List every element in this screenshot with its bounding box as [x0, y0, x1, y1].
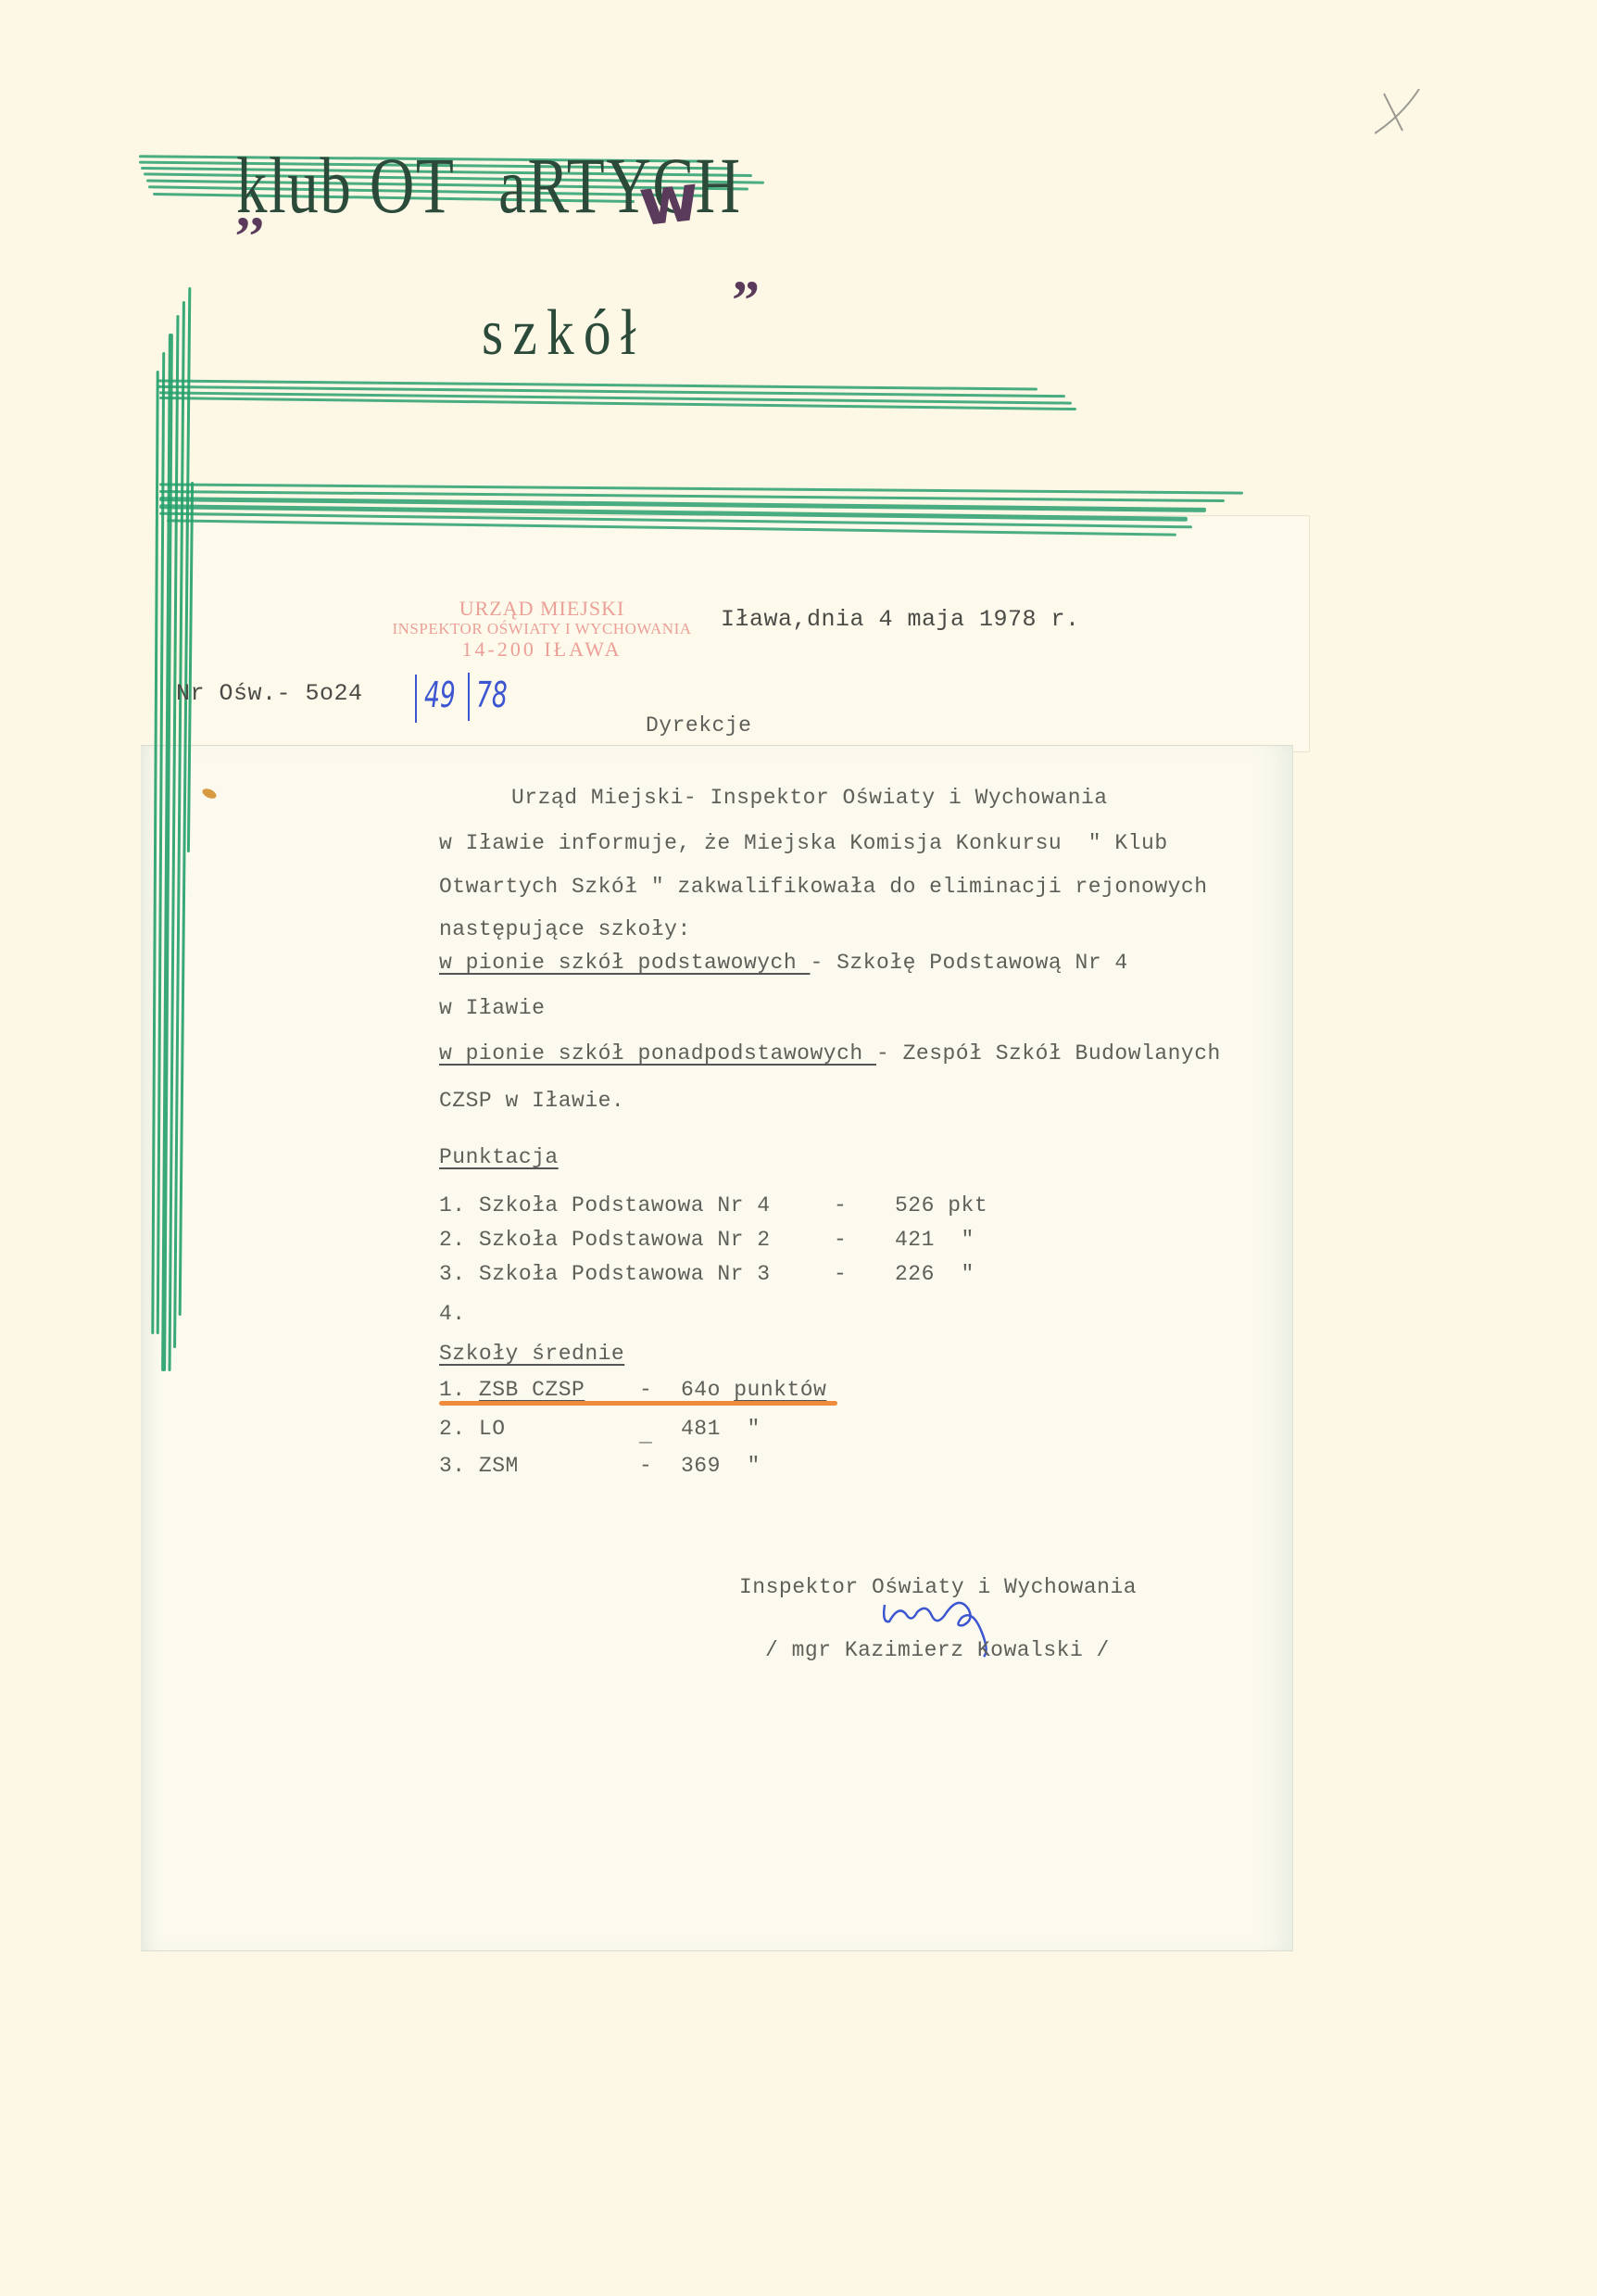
- body-line-2: w Iławie informuje, że Miejska Komisja K…: [439, 831, 1168, 855]
- score-value: 526 pkt: [895, 1193, 987, 1217]
- primary-schools-value: - Szkołę Podstawową Nr 4: [810, 951, 1127, 975]
- score-row: 2. Szkoła Podstawowa Nr 2: [439, 1228, 771, 1252]
- scoring-title: Punktacja: [439, 1145, 559, 1169]
- score-dash: _: [639, 1423, 652, 1447]
- heading-title-part2: aRTYCH: [498, 141, 741, 230]
- heading-title-part1: klub OT: [236, 141, 455, 230]
- handwritten-ref-part1: 49: [424, 675, 456, 715]
- pencil-x-mark-icon: [1375, 89, 1421, 135]
- stamp-line-1: URZĄD MIEJSKI: [380, 599, 704, 619]
- score-dash: -: [639, 1378, 652, 1402]
- primary-schools-cont: w Iławie: [439, 996, 545, 1020]
- score-dash: -: [834, 1228, 847, 1252]
- score-row: 2. LO: [439, 1417, 506, 1441]
- secondary-schools-line: w pionie szkół ponadpodstawowych - Zespó…: [439, 1041, 1221, 1066]
- heading-subtitle: szkół: [482, 296, 646, 371]
- score-row: 3. ZSM: [439, 1454, 519, 1478]
- stamp-line-3: 14-200 IŁAWA: [380, 639, 704, 660]
- body-line-1: Urząd Miejski- Inspektor Oświaty i Wycho…: [511, 786, 1108, 810]
- score-dash: -: [834, 1193, 847, 1217]
- score-row: 1. Szkoła Podstawowa Nr 4: [439, 1193, 771, 1217]
- score-value: 226 ": [895, 1262, 975, 1286]
- score-dash: -: [639, 1454, 652, 1478]
- handwritten-correction: w: [635, 159, 703, 241]
- score-row: 3. Szkoła Podstawowa Nr 3: [439, 1262, 771, 1286]
- place-date: Iława,dnia 4 maja 1978 r.: [721, 606, 1080, 633]
- body-line-4: następujące szkoły:: [439, 917, 691, 941]
- score-value: 421 ": [895, 1228, 975, 1252]
- score-row: 4.: [439, 1302, 466, 1326]
- score-dash: -: [834, 1262, 847, 1286]
- addressee: Dyrekcje: [646, 713, 751, 738]
- score-value: 481 ": [681, 1417, 761, 1441]
- heading-close-quote: ”: [732, 269, 760, 333]
- primary-schools-label: w pionie szkół podstawowych: [439, 951, 810, 975]
- secondary-scoring-title: Szkoły średnie: [439, 1342, 624, 1366]
- primary-schools-line: w pionie szkół podstawowych - Szkołę Pod…: [439, 951, 1128, 975]
- lower-letter-sheet: [141, 745, 1293, 1951]
- signatory-name: / mgr Kazimierz Kowalski /: [765, 1638, 1110, 1662]
- stamp-line-2: INSPEKTOR OŚWIATY I WYCHOWANIA: [380, 619, 704, 639]
- secondary-schools-value: - Zespół Szkół Budowlanych: [876, 1041, 1221, 1066]
- body-line-3: Otwartych Szkół " zakwalifikowała do eli…: [439, 875, 1208, 899]
- score-value: 369 ": [681, 1454, 761, 1478]
- reference-number: Nr Ośw.- 5o24: [176, 680, 363, 707]
- secondary-schools-cont: CZSP w Iławie.: [439, 1089, 624, 1113]
- score-row: 1. ZSB CZSP: [439, 1378, 585, 1402]
- handwritten-ref-part2: 78: [476, 675, 508, 715]
- orange-highlight-underline: [439, 1401, 837, 1406]
- score-value: 64o punktów: [681, 1378, 826, 1402]
- secondary-schools-label: w pionie szkół ponadpodstawowych: [439, 1041, 876, 1066]
- office-stamp: URZĄD MIEJSKI INSPEKTOR OŚWIATY I WYCHOW…: [380, 599, 704, 660]
